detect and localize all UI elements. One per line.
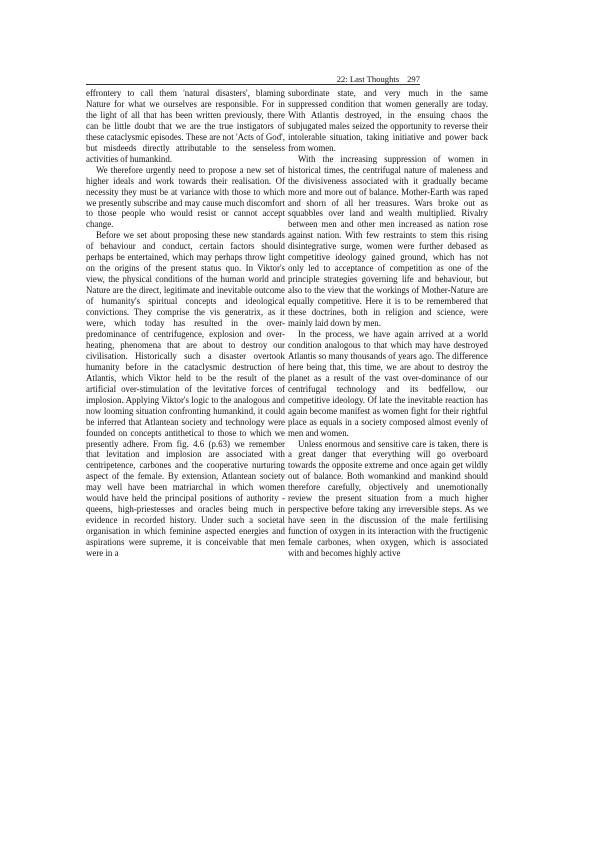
- paragraph: effrontery to call them 'natural disaste…: [86, 88, 285, 165]
- paragraph: subordinate state, and very much in the …: [288, 88, 488, 154]
- left-column: effrontery to call them 'natural disaste…: [86, 88, 285, 559]
- running-header: 22: Last Thoughts297: [86, 74, 420, 84]
- paragraph: We therefore urgently need to propose a …: [86, 165, 285, 231]
- paragraph: With the increasing suppression of women…: [288, 154, 488, 329]
- paragraph: Before we set about proposing these new …: [86, 230, 285, 559]
- header-rule: [86, 84, 420, 85]
- paragraph: Unless enormous and sensitive care is ta…: [288, 439, 488, 559]
- chapter-title: 22: Last Thoughts: [337, 74, 399, 84]
- paragraph: In the process, we have again arrived at…: [288, 329, 488, 439]
- page-number: 297: [407, 74, 420, 84]
- right-column: subordinate state, and very much in the …: [288, 88, 488, 559]
